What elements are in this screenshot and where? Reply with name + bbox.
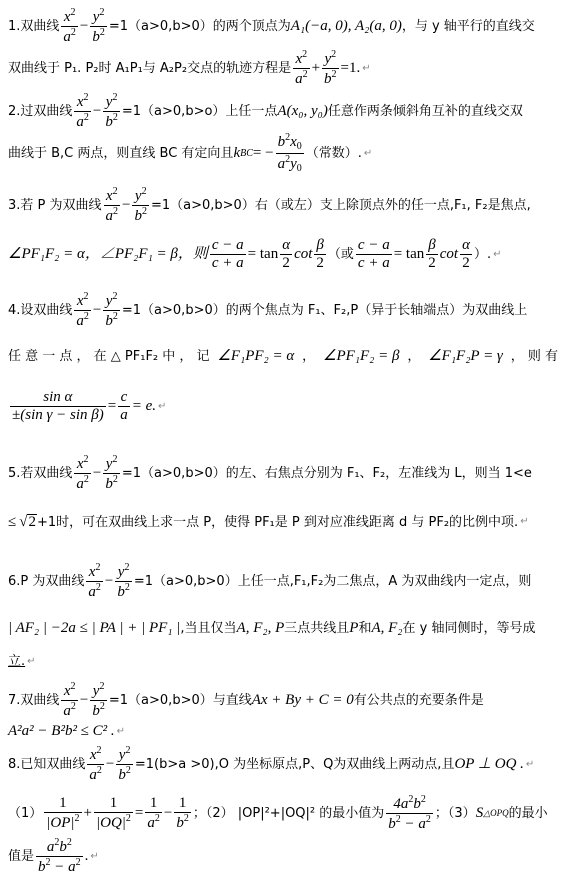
- item-number: 4.: [8, 304, 20, 317]
- text: 任 意 一 点 ， 在 △ PF₁F₂ 中 ， 记: [8, 350, 210, 363]
- fraction-alpha-2: α2: [460, 238, 472, 271]
- text: 双曲线于 P₁. P₂时 A₁P₁与 A₂P₂交点的轨迹方程是: [8, 62, 291, 75]
- cot-label: cot: [440, 247, 458, 262]
- text: 在 y 轴同侧时，等号成: [403, 622, 536, 635]
- fraction-x2-a2: x2a2: [74, 455, 91, 492]
- fraction-sin-ratio: sin α±(sin γ − sin β): [10, 390, 106, 423]
- item-number: 1.: [8, 20, 20, 33]
- equals: =: [135, 806, 143, 821]
- sqrt-value: 2: [27, 514, 37, 530]
- angle-beta: ∠PF₁F₂ = β: [323, 349, 399, 364]
- item-number: 3.: [8, 199, 20, 212]
- text: （或: [328, 248, 354, 261]
- text: 已知双曲线: [20, 758, 85, 771]
- text: P 为双曲线: [20, 575, 84, 588]
- fraction-b2x0-a2y0: b2x0a2y0: [276, 133, 304, 174]
- text: ，与 y 轴平行的直线交: [402, 20, 535, 33]
- fraction-x2-a2: x2a2: [61, 8, 78, 45]
- text: 值是: [8, 850, 34, 863]
- condition-text: =1（a>0,b>0）的两个顶点为: [109, 20, 291, 33]
- angles-math: ∠PF₁F₂ = α，∠PF₂F₁ = β，则: [8, 247, 208, 262]
- condition-text: =1（a>0,b>0）的两个焦点为 F₁、F₂,P（异于长轴端点）为双曲线上: [122, 304, 527, 317]
- equals: =: [108, 399, 116, 414]
- text: 三点共线且: [284, 622, 349, 635]
- text: ；（2） |OP|²+|OQ|² 的最小值为: [193, 807, 384, 820]
- text: ，: [407, 350, 420, 363]
- item-number: 6.: [8, 575, 20, 588]
- item-7-line-2: A²a² − B²b² ≤ C² . ↵: [8, 724, 558, 739]
- fraction-1-oq2: 1|OQ|2: [94, 796, 133, 831]
- item-number: 2.: [8, 105, 20, 118]
- minus: −: [164, 806, 172, 821]
- item-5-line-2: ≤ √2 +1时，可在双曲线上求一点 P，使得 PF₁是 P 到对应准线距离 d…: [8, 514, 558, 530]
- text: ,当且仅当: [180, 622, 236, 635]
- paragraph-mark-icon: ↵: [27, 657, 35, 667]
- condition-text: =1（a>0,b>0）上任一点,F₁,F₂为二焦点，A 为双曲线内一定点，则: [134, 575, 532, 588]
- text: .: [85, 849, 89, 864]
- numerator: c: [119, 390, 130, 406]
- fraction-y2-b2: y2b2: [90, 8, 107, 45]
- paragraph-mark-icon: ↵: [117, 727, 125, 737]
- fraction-1-a2: 1a2: [145, 796, 162, 831]
- text: 过双曲线: [20, 105, 72, 118]
- item-number: 8.: [8, 758, 20, 771]
- paragraph-mark-icon: ↵: [520, 517, 528, 527]
- result: =1.: [341, 61, 361, 76]
- fraction-x2-a2: x2a2: [61, 682, 78, 719]
- numerator: sin α: [41, 390, 74, 406]
- text: 若双曲线: [20, 467, 72, 480]
- text: +1时，可在双曲线上求一点 P，使得 PF₁是 P 到对应准线距离 d 与 PF…: [37, 516, 518, 529]
- denominator: a: [118, 406, 130, 423]
- text: 任意作两条倾斜角互补的直线交双: [328, 105, 523, 118]
- inequality: | AF₂ | −2a ≤ | PA | + | PF₁ |: [8, 621, 180, 636]
- fraction-x2-a2: x2a2: [87, 746, 104, 783]
- paragraph-mark-icon: ↵: [526, 760, 534, 770]
- fraction-1-b2: 1b2: [174, 796, 191, 831]
- text: （常数）.: [306, 147, 362, 160]
- item-number: 5.: [8, 467, 20, 480]
- text: ， 则 有: [511, 350, 558, 363]
- cot-label: cot: [294, 247, 312, 262]
- point-p: P: [349, 621, 358, 636]
- fraction-c-minus-a: c − ac + a: [356, 238, 392, 271]
- paragraph-mark-icon: ↵: [493, 250, 501, 260]
- condition-text: =1(b>a >0),O 为坐标原点,P、Q为双曲线上两动点,且: [135, 758, 455, 771]
- condition-math: A²a² − B²b² ≤ C² .: [8, 724, 115, 739]
- fraction-x2-a2: x2a2: [74, 93, 91, 130]
- text: 曲线于 B,C 两点，则直线 BC 有定向且: [8, 147, 233, 160]
- fraction-x2-a2: x2a2: [104, 187, 121, 224]
- text: 双曲线: [20, 694, 59, 707]
- denominator: ±(sin γ − sin β): [10, 406, 106, 423]
- item-2-line-1: 2. 过双曲线 x2a2 − y2b2 =1（a>0,b>o）上任一点 A(x₀…: [8, 93, 558, 130]
- item-5-line-1: 5. 若双曲线 x2a2 − y2b2 =1（a>0,b>0）的左、右焦点分别为…: [8, 455, 558, 492]
- item-6-line-3: 立. ↵: [8, 655, 558, 668]
- fraction-y2-b2: y2b2: [90, 682, 107, 719]
- area-subscript: △OPQ: [483, 809, 508, 818]
- item-4-line-3: sin α±(sin γ − sin β) = ca = e. ↵: [8, 390, 558, 423]
- tan-label: = tan: [394, 247, 425, 262]
- text: 若 P 为双曲线: [20, 199, 101, 212]
- fraction-y2-b2: y2b2: [132, 187, 149, 224]
- condition-text: =1（a>0,b>0）右（或左）支上除顶点外的任一点,F₁, F₂是焦点,: [151, 199, 531, 212]
- text: 设双曲线: [20, 304, 72, 317]
- fraction-c-a: ca: [118, 390, 130, 423]
- paragraph-mark-icon: ↵: [158, 402, 166, 412]
- item-6-line-2: | AF₂ | −2a ≤ | PA | + | PF₁ | ,当且仅当 A, …: [8, 621, 558, 636]
- text: ；（3）: [435, 807, 476, 820]
- condition-text: =1（a>0,b>0）的左、右焦点分别为 F₁、F₂，左准线为 L，则当 1<e: [122, 467, 532, 480]
- points: A, F₂: [371, 621, 402, 636]
- fraction-min-sum: 4a2b2b2 − a2: [386, 795, 433, 832]
- fraction-c-minus-a: c − ac + a: [210, 238, 246, 271]
- text: 有公共点的充要条件是: [354, 694, 484, 707]
- text: ）.: [474, 248, 491, 261]
- fraction-x2-a2: x2a2: [293, 50, 310, 87]
- paragraph-mark-icon: ↵: [362, 64, 370, 74]
- angle-gamma: ∠F₁F₂P = γ: [428, 349, 503, 364]
- vertices-math: A₁(−a, 0), A₂(a, 0): [291, 19, 402, 34]
- points: A, F₂, P: [237, 621, 285, 636]
- perpendicular-math: OP ⊥ OQ .: [454, 757, 523, 772]
- item-4-line-2: 任 意 一 点 ， 在 △ PF₁F₂ 中 ， 记 ∠F₁PF₂ = α ， ∠…: [8, 349, 558, 364]
- item-number: 7.: [8, 694, 20, 707]
- item-3-line-2: ∠PF₁F₂ = α，∠PF₂F₁ = β，则 c − ac + a = tan…: [8, 238, 558, 271]
- item-8-line-1: 8. 已知双曲线 x2a2 − y2b2 =1(b>a >0),O 为坐标原点,…: [8, 746, 558, 783]
- item-8-line-2: （1） 1|OP|2 + 1|OQ|2 = 1a2 − 1b2 ；（2） |OP…: [8, 795, 558, 832]
- text: 的最小: [509, 807, 548, 820]
- item-1-line-2: 双曲线于 P₁. P₂时 A₁P₁与 A₂P₂交点的轨迹方程是 x2a2 + y…: [8, 50, 558, 87]
- paragraph-mark-icon: ↵: [90, 852, 98, 862]
- fraction-y2-b2: y2b2: [103, 93, 120, 130]
- tan-label: = tan: [248, 247, 279, 262]
- result: = e.: [132, 399, 156, 414]
- fraction-y2-b2: y2b2: [115, 563, 132, 600]
- text: （1）: [8, 807, 42, 820]
- fraction-min-area: a2b2b2 − a2: [36, 838, 83, 873]
- fraction-y2-b2: y2b2: [103, 455, 120, 492]
- item-8-line-3: 值是 a2b2b2 − a2 . ↵: [8, 838, 558, 873]
- paragraph-mark-icon: ↵: [364, 149, 372, 159]
- item-7-line-1: 7. 双曲线 x2a2 − y2b2 =1（a>0,b>0）与直线 Ax + B…: [8, 682, 558, 719]
- text: 和: [358, 622, 371, 635]
- condition-text: =1（a>0,b>0）与直线: [109, 694, 252, 707]
- slope-symbol: k: [233, 146, 240, 161]
- slope-subscript: BC: [240, 149, 253, 159]
- item-4-line-1: 4. 设双曲线 x2a2 − y2b2 =1（a>0,b>0）的两个焦点为 F₁…: [8, 292, 558, 329]
- point-math: A(x₀, y₀): [277, 104, 327, 119]
- fraction-beta-2: β2: [426, 238, 438, 271]
- text: 立.: [8, 655, 25, 668]
- fraction-x2-a2: x2a2: [74, 292, 91, 329]
- text: 双曲线: [20, 20, 59, 33]
- line-equation: Ax + By + C = 0: [252, 693, 354, 708]
- fraction-beta-2: β2: [314, 238, 326, 271]
- fraction-y2-b2: y2b2: [322, 50, 339, 87]
- fraction-alpha-2: α2: [280, 238, 292, 271]
- condition-text: =1（a>0,b>o）上任一点: [122, 105, 278, 118]
- fraction-x2-a2: x2a2: [86, 563, 103, 600]
- item-1-line-1: 1. 双曲线 x2a2 − y2b2 =1（a>0,b>0）的两个顶点为 A₁(…: [8, 8, 558, 45]
- item-3-line-1: 3. 若 P 为双曲线 x2a2 − y2b2 =1（a>0,b>0）右（或左）…: [8, 187, 558, 224]
- item-2-line-2: 曲线于 B,C 两点，则直线 BC 有定向且 kBC = − b2x0a2y0 …: [8, 133, 558, 174]
- angle-alpha: ∠F₁PF₂ = α: [217, 349, 294, 364]
- text: ，: [302, 350, 315, 363]
- fraction-1-op2: 1|OP|2: [44, 796, 81, 831]
- leq: ≤: [8, 515, 16, 530]
- fraction-y2-b2: y2b2: [103, 292, 120, 329]
- equals: = −: [253, 146, 274, 161]
- item-6-line-1: 6. P 为双曲线 x2a2 − y2b2 =1（a>0,b>0）上任一点,F₁…: [8, 563, 558, 600]
- fraction-y2-b2: y2b2: [116, 746, 133, 783]
